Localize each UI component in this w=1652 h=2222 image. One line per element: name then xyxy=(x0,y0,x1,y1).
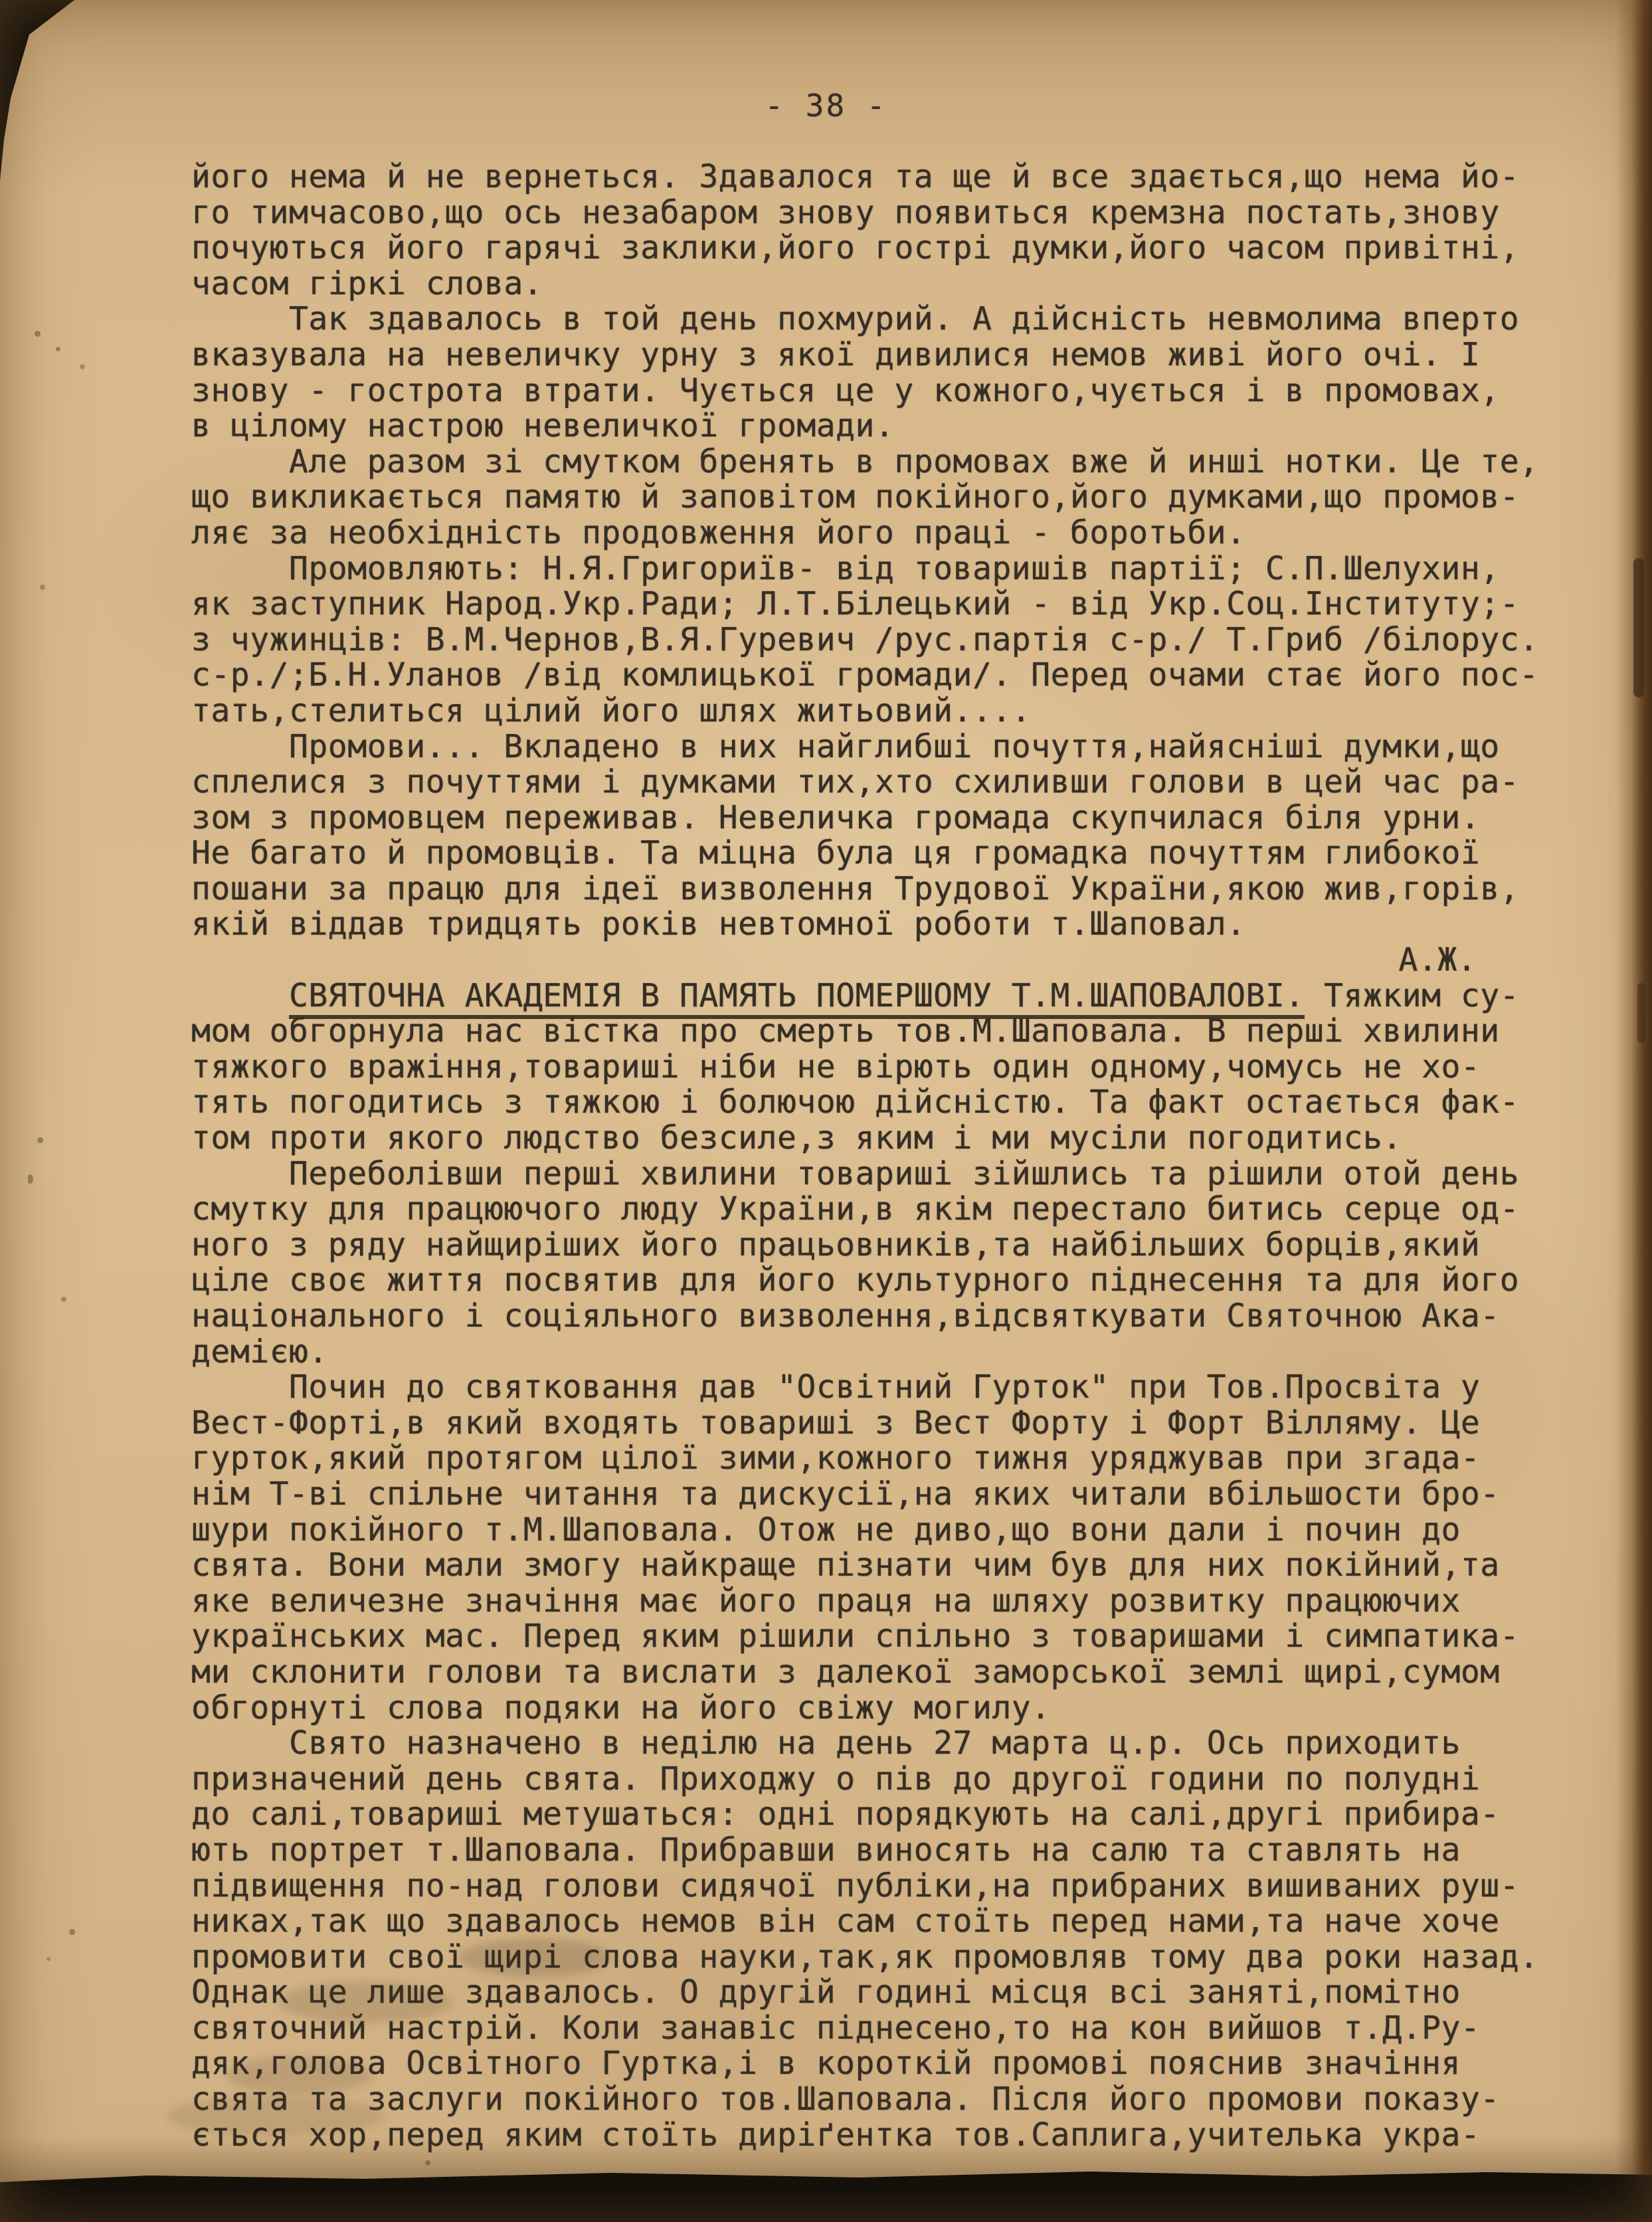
text-line: Переболівши перші хвилини товариші зійшл… xyxy=(191,1157,1573,1192)
text-line: часом гіркі слова. xyxy=(191,266,1573,302)
text-line: Промови... Вкладено в них найглибші почу… xyxy=(191,729,1573,765)
text-line: що викликається памятю й заповітом покій… xyxy=(191,480,1573,515)
heading-line: СВЯТОЧНА АКАДЕМІЯ В ПАМЯТЬ ПОМЕРШОМУ Т.М… xyxy=(191,978,1573,1014)
text-line: яке величезне значіння має його праця на… xyxy=(191,1584,1573,1620)
text-line: пошани за працю для ідеї визволення Труд… xyxy=(191,872,1573,907)
text-line: святочний настрій. Коли занавіс піднесен… xyxy=(191,2011,1573,2047)
scanned-document-page: - 38 - його нема й не вернеться. Здавало… xyxy=(0,0,1652,2222)
text-line: Але разом зі смутком бренять в промовах … xyxy=(191,444,1573,480)
text-line: ціле своє життя посвятив для його культу… xyxy=(191,1263,1573,1299)
text-line: Промовляють: Н.Я.Григориїв- від товариші… xyxy=(191,551,1573,587)
text-line: національного і соціяльного визволення,в… xyxy=(191,1299,1573,1335)
page-edge-shadow-right xyxy=(1616,0,1652,2222)
author-initials-line: А.Ж. xyxy=(191,943,1573,978)
scan-speck xyxy=(35,331,41,337)
page-number: - 38 - xyxy=(0,88,1652,124)
text-line: зом з промовцем переживав. Невеличка гро… xyxy=(191,800,1573,836)
scan-speck xyxy=(425,2160,430,2166)
text-line: тять погодитись з тяжкою і болючою дійсн… xyxy=(191,1085,1573,1121)
text-line: том проти якого людство безсиле,з яким і… xyxy=(191,1121,1573,1157)
text-line: українських мас. Перед яким рішили спіль… xyxy=(191,1619,1573,1655)
heading-tail-text: Тяжким су- xyxy=(1305,977,1519,1014)
text-line: демією. xyxy=(191,1335,1573,1370)
text-line: почуються його гарячі заклики,його гостр… xyxy=(191,231,1573,266)
text-line: підвищення по-над голови сидячої публіки… xyxy=(191,1869,1573,1904)
scan-edge-artifact-bottom xyxy=(0,2169,1652,2222)
text-line: знову - гострота втрати. Чується це у ко… xyxy=(191,373,1573,409)
text-line: мом обгорнула нас вістка про смерть тов.… xyxy=(191,1014,1573,1050)
text-line: нім Т-ві спільне читання та дискусії,на … xyxy=(191,1477,1573,1513)
text-line: шури покійного т.М.Шаповала. Отож не див… xyxy=(191,1513,1573,1548)
scan-speck xyxy=(69,1929,75,1935)
text-line: призначений день свята. Приходжу о пів д… xyxy=(191,1762,1573,1798)
text-line: го тимчасово,що ось незабаром знову появ… xyxy=(191,195,1573,231)
scan-speck xyxy=(80,364,85,369)
scan-speck xyxy=(28,1174,33,1184)
text-line: Однак це лише здавалось. О другій годині… xyxy=(191,1975,1573,2011)
text-line: тать,стелиться цілий його шлях житьовий.… xyxy=(191,694,1573,729)
text-line: Не багато й промовців. Та міцна була ця … xyxy=(191,836,1573,872)
scan-speck xyxy=(40,585,45,590)
scan-speck xyxy=(37,1137,43,1143)
text-line: ється хор,перед яким стоїть диріґентка т… xyxy=(191,2118,1573,2154)
scan-speck xyxy=(46,1957,50,1961)
text-line: никах,так що здавалось немов він сам сто… xyxy=(191,1904,1573,1940)
text-line: в цілому настрою невеличкої громади. xyxy=(191,409,1573,444)
text-line: свята та заслуги покійного тов.Шаповала.… xyxy=(191,2082,1573,2118)
text-line: с-р./;Б.Н.Уланов /від комлицької громади… xyxy=(191,658,1573,694)
text-line: з чужинців: В.М.Чернов,В.Я.Гуревич /рус.… xyxy=(191,622,1573,658)
text-line: промовити свої щирі слова науки,так,як п… xyxy=(191,1940,1573,1976)
text-line: обгорнуті слова подяки на його свіжу мог… xyxy=(191,1691,1573,1726)
text-line: як заступник Народ.Укр.Ради; Л.Т.Білецьк… xyxy=(191,587,1573,622)
text-line: тяжкого вражіння,товариші ніби не вірють… xyxy=(191,1050,1573,1085)
text-line: ного з ряду найщиріших його працьовників… xyxy=(191,1228,1573,1263)
text-line: свята. Вони мали змогу найкраще пізнати … xyxy=(191,1548,1573,1584)
text-line: ляє за необхідність продовження його пра… xyxy=(191,515,1573,551)
text-line: дяк,голова Освітного Гуртка,і в короткій… xyxy=(191,2046,1573,2082)
scan-speck xyxy=(56,347,60,351)
text-line: Так здавалось в той день похмурий. А дій… xyxy=(191,302,1573,337)
text-line: його нема й не вернеться. Здавалося та щ… xyxy=(191,159,1573,195)
text-line: до салі,товариші метушаться: одні порядк… xyxy=(191,1797,1573,1833)
text-line: ми склонити голови та вислати з далекої … xyxy=(191,1655,1573,1691)
scan-artifact xyxy=(1633,558,1644,697)
scan-speck xyxy=(61,1297,66,1302)
text-line: Почин до святковання дав "Освітний Гурто… xyxy=(191,1370,1573,1406)
text-line: гурток,який протягом цілої зими,кожного … xyxy=(191,1441,1573,1477)
text-line: сплелися з почуттями і думками тих,хто с… xyxy=(191,765,1573,800)
text-line: вказувала на невеличку урну з якої дивил… xyxy=(191,337,1573,373)
text-line: якій віддав тридцять років невтомної роб… xyxy=(191,907,1573,943)
text-line: ють портрет т.Шаповала. Прибравши винося… xyxy=(191,1833,1573,1869)
text-line: смутку для працюючого люду України,в які… xyxy=(191,1192,1573,1228)
scan-artifact xyxy=(1637,983,1645,1043)
text-line: Свято назначено в неділю на день 27 март… xyxy=(191,1726,1573,1762)
document-text: його нема й не вернеться. Здавалося та щ… xyxy=(191,159,1573,2153)
text-line: Вест-Форті,в який входять товариші з Вес… xyxy=(191,1406,1573,1441)
